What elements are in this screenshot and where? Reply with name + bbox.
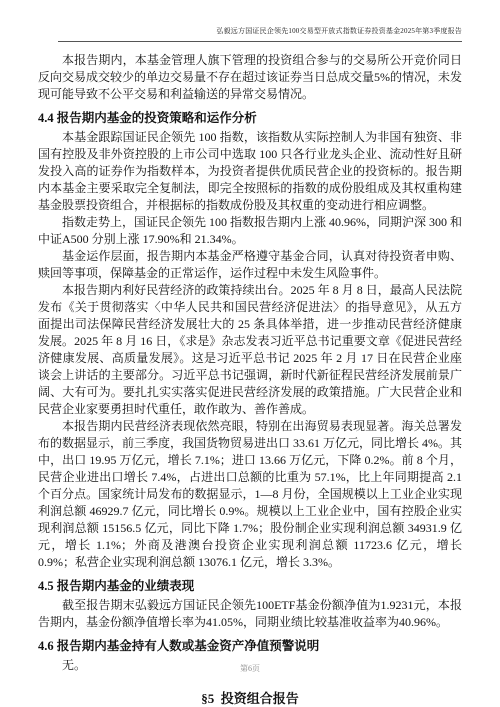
paragraph-nav-performance: 截至报告期末弘毅远方国证民企领先100ETF基金份额净值为1.9231元，本报告… bbox=[38, 597, 462, 631]
page-footer: 第6页 bbox=[0, 663, 500, 674]
report-page: 弘毅远方国证民企领先100交易型开放式指数证券投资基金2025年第3季度报告 本… bbox=[0, 0, 500, 707]
running-header-title: 弘毅远方国证民企领先100交易型开放式指数证券投资基金2025年第3季度报告 bbox=[216, 27, 462, 35]
section-4-6-heading: 4.6 报告期内基金持有人数或基金资产净值预警说明 bbox=[38, 638, 462, 655]
paragraph-economic-data: 本报告期内民营经济表现依然亮眼，特别在出海贸易表现显著。海关总署发布的数据显示，… bbox=[38, 418, 462, 571]
paragraph-fund-operation: 基金运作层面，报告期内本基金严格遵守基金合同，认真对待投资者申购、赎回等事项，保… bbox=[38, 248, 462, 282]
section-4-4-heading: 4.4 报告期内基金的投资策略和运作分析 bbox=[38, 110, 462, 127]
section-5-heading: §5 投资组合报告 bbox=[38, 690, 462, 707]
section-4-5-heading: 4.5 报告期内基金的业绩表现 bbox=[38, 578, 462, 595]
running-header: 弘毅远方国证民企领先100交易型开放式指数证券投资基金2025年第3季度报告 bbox=[58, 26, 462, 42]
paragraph-index-tracking-strategy: 本基金跟踪国证民企领先 100 指数，该指数从实际控制人为非国有独资、非国有控股… bbox=[38, 129, 462, 214]
paragraph-policy-developments: 本报告期内利好民营经济的政策持续出台。2025 年 8 月 8 日，最高人民法院… bbox=[38, 282, 462, 418]
paragraph-index-performance: 指数走势上，国证民企领先 100 指数报告期内上涨 40.96%，同期沪深 30… bbox=[38, 214, 462, 248]
paragraph-fair-trading-statement: 本报告期内，本基金管理人旗下管理的投资组合参与的交易所公开竞价同日反向交易成交较… bbox=[38, 52, 462, 103]
page-body: 本报告期内，本基金管理人旗下管理的投资组合参与的交易所公开竞价同日反向交易成交较… bbox=[38, 52, 462, 707]
page-number: 第6页 bbox=[240, 664, 260, 673]
